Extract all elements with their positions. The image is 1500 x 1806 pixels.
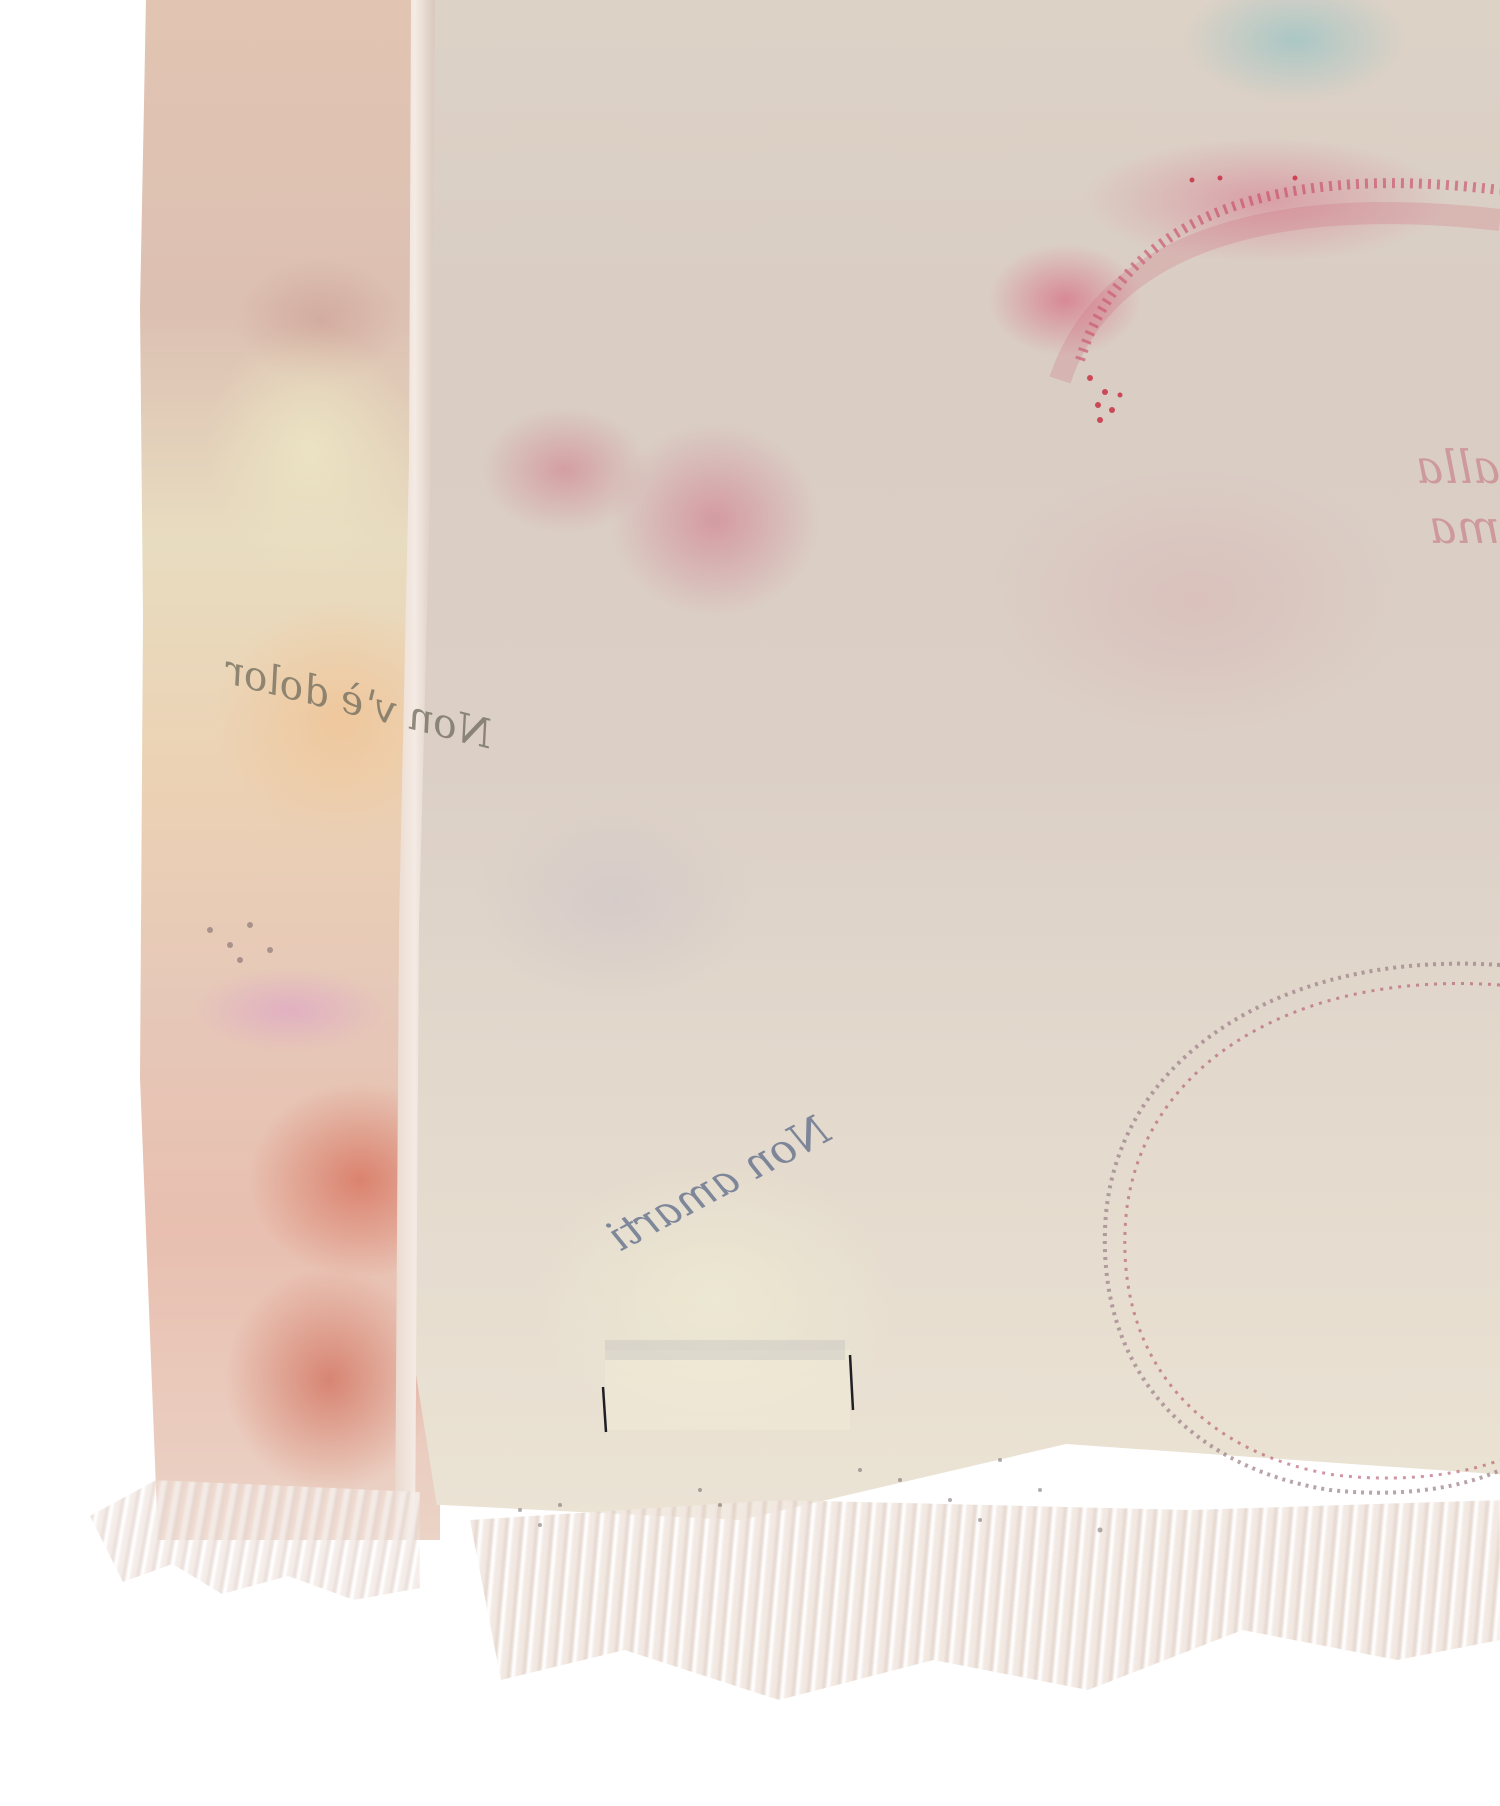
dotted-circle-outline xyxy=(1105,964,1500,1493)
stitched-rectangle xyxy=(603,1340,853,1432)
handwritten-text-right-line2: ma xyxy=(1429,500,1500,554)
black-stitch-right xyxy=(850,1355,853,1410)
textile-artwork-photo: Non v'è dolor Non amarti alla ma xyxy=(0,0,1500,1806)
handwritten-text-right-line1: alla xyxy=(1416,440,1500,494)
stitch-and-stain-overlay xyxy=(0,0,1500,1806)
